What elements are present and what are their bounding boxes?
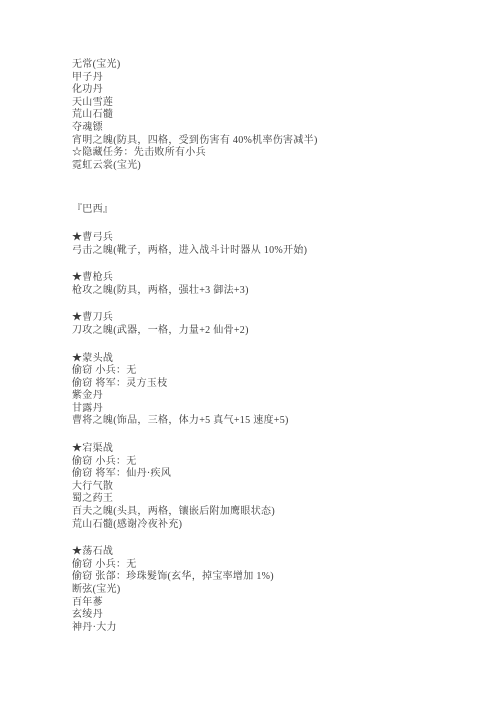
intro-item-list: 无常(宝光)甲子丹化功丹天山雪莲荒山石髓夺魂镖宵明之魄(防具，四格，受到伤害有 … [72,59,480,172]
item-line: 偷窃 将军：仙丹·疾风 [72,468,480,481]
item-line: 偷窃 小兵：无 [72,559,480,572]
battle-section: ★曹弓兵弓击之魄(靴子，两格，进入战斗计时器从 10%开始) [72,232,480,257]
item-line: ☆隐藏任务：先击败所有小兵 [72,147,480,160]
battle-title: ★蒙头战 [72,353,480,366]
item-line: 枪攻之魄(防具，两格，强壮+3 御法+3) [72,285,480,298]
item-line: 天山雪莲 [72,97,480,110]
item-line: 甲子丹 [72,72,480,85]
walkthrough-text-block: 无常(宝光)甲子丹化功丹天山雪莲荒山石髓夺魂镖宵明之魄(防具，四格，受到伤害有 … [72,59,480,634]
item-line: 神丹·大力 [72,622,480,635]
item-line: 化功丹 [72,84,480,97]
item-line: 无常(宝光) [72,59,480,72]
battle-section: ★曹枪兵枪攻之魄(防具，两格，强壮+3 御法+3) [72,272,480,297]
item-line: 弓击之魄(靴子，两格，进入战斗计时器从 10%开始) [72,245,480,258]
item-line: 百年蔘 [72,597,480,610]
item-line: 刀攻之魄(武器，一格，力量+2 仙骨+2) [72,325,480,338]
item-line: 蜀之药王 [72,493,480,506]
battle-section: ★荡石战偷窃 小兵：无偷窃 张郃：珍珠髮饰(玄华，掉宝率增加 1%)断弦(宝光)… [72,546,480,634]
item-line: 紫金丹 [72,390,480,403]
battle-section: ★蒙头战偷窃 小兵：无偷窃 将军：灵方玉枝紫金丹甘露丹曹将之魄(饰品，三格，体力… [72,353,480,429]
item-line: 大行气散 [72,481,480,494]
item-line: 曹将之魄(饰品，三格，体力+5 真气+15 速度+5) [72,415,480,428]
chapter-heading: 『巴西』 [72,204,480,217]
battle-title: ★荡石战 [72,546,480,559]
battle-section: ★宕渠战偷窃 小兵：无偷窃 将军：仙丹·疾风大行气散蜀之药王百夫之魄(头具，两格… [72,443,480,531]
battle-sections: ★曹弓兵弓击之魄(靴子，两格，进入战斗计时器从 10%开始)★曹枪兵枪攻之魄(防… [72,232,480,634]
item-line: 荒山石髓 [72,109,480,122]
item-line: 偷窃 小兵：无 [72,456,480,469]
item-line: 宵明之魄(防具，四格，受到伤害有 40%机率伤害减半) [72,135,480,148]
battle-title: ★宕渠战 [72,443,480,456]
battle-section: ★曹刀兵刀攻之魄(武器，一格，力量+2 仙骨+2) [72,312,480,337]
item-line: 断弦(宝光) [72,584,480,597]
battle-title: ★曹刀兵 [72,312,480,325]
item-line: 玄绫丹 [72,609,480,622]
item-line: 偷窃 张郃：珍珠髮饰(玄华，掉宝率增加 1%) [72,571,480,584]
item-line: 偷窃 小兵：无 [72,365,480,378]
item-line: 荒山石髓(感谢冷夜补充) [72,519,480,532]
item-line: 偷窃 将军：灵方玉枝 [72,378,480,391]
item-line: 霓虹云裳(宝光) [72,160,480,173]
item-line: 甘露丹 [72,403,480,416]
item-line: 夺魂镖 [72,122,480,135]
battle-title: ★曹弓兵 [72,232,480,245]
battle-title: ★曹枪兵 [72,272,480,285]
document-page: 无常(宝光)甲子丹化功丹天山雪莲荒山石髓夺魂镖宵明之魄(防具，四格，受到伤害有 … [0,0,500,707]
item-line: 百夫之魄(头具，两格，镶嵌后附加鹰眼状态) [72,506,480,519]
